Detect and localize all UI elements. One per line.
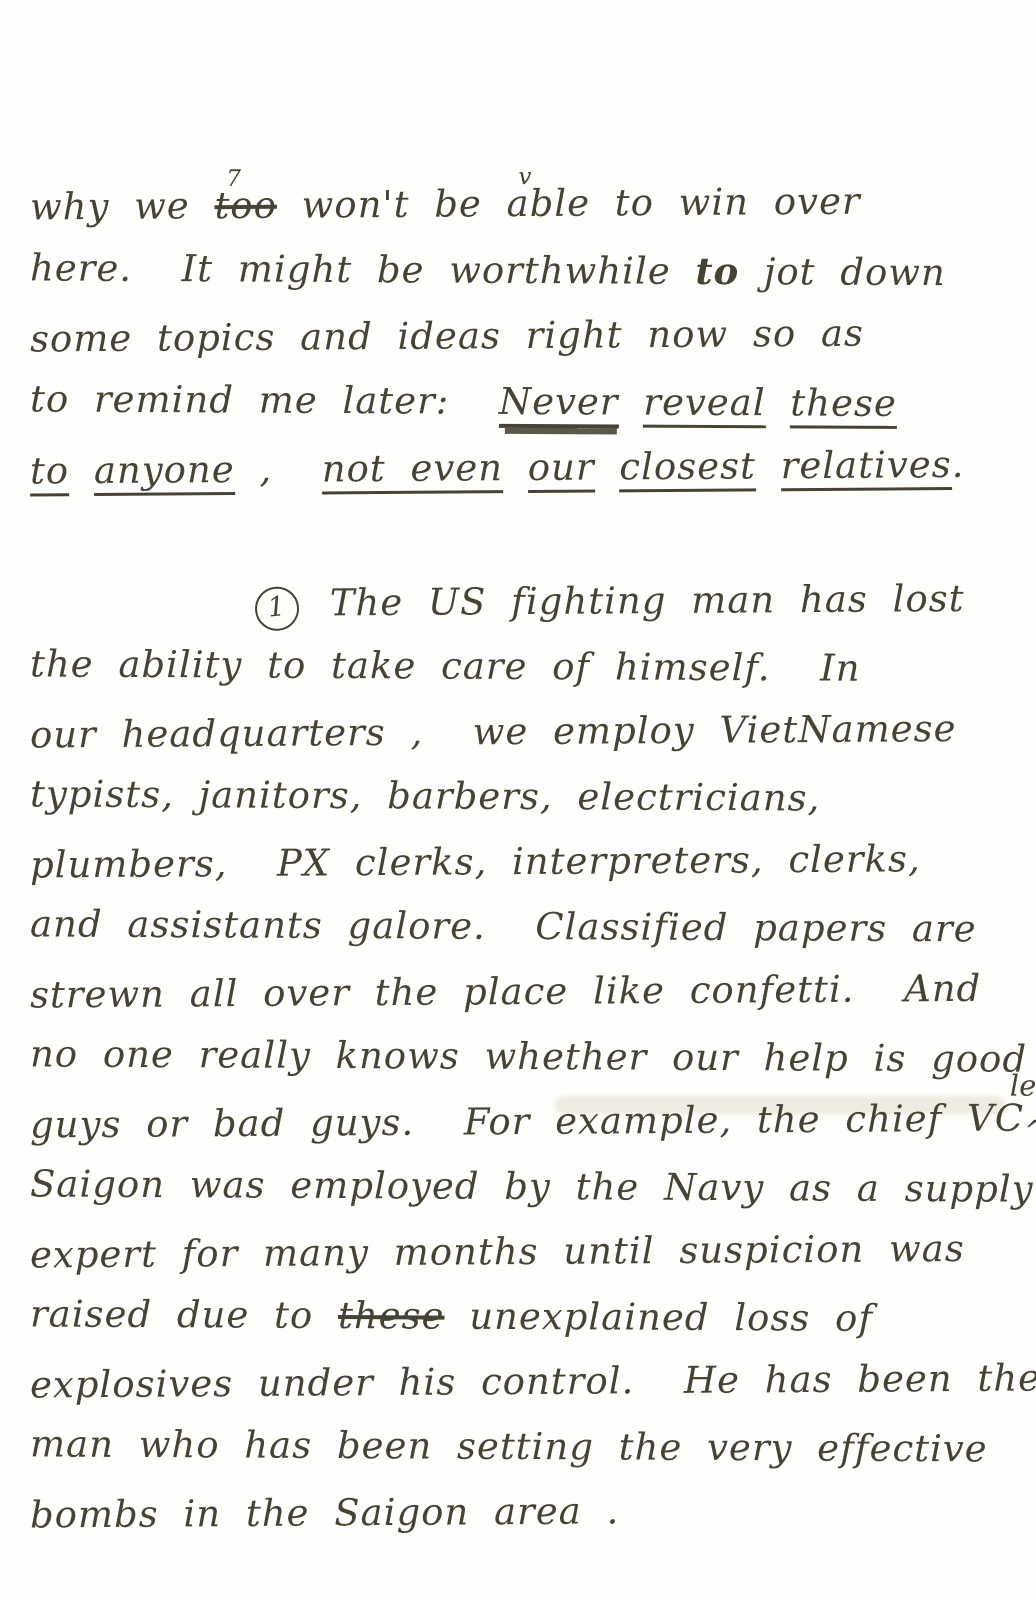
handwritten-line: why we 7too won't be vable to win over (30, 172, 1026, 245)
underlined-text: not even (322, 446, 504, 494)
text-segment (594, 445, 619, 488)
text-segment: jot down (739, 250, 946, 294)
bold-text: to (695, 249, 739, 293)
handwritten-text: why we 7too won't be vable to win overhe… (30, 175, 1026, 1548)
text-segment: the ability to take care of himself. In (30, 642, 861, 689)
handwritten-line: guys or bad guys. For example, the chief… (30, 1090, 1026, 1162)
text-segment: to remind me later: (30, 377, 499, 422)
text-segment: no one really knows whether our help is … (30, 1032, 1027, 1080)
text-segment: guys or bad guys. For example, the chief… (30, 1097, 1024, 1147)
handwritten-line: Saigon was employed by the Navy as a sup… (30, 1155, 1026, 1225)
handwritten-line: expert for many months until suspicion w… (30, 1220, 1026, 1292)
text-segment (503, 446, 528, 489)
underlined-text: these (790, 381, 897, 429)
handwritten-line: bombs in the Saigon area . (30, 1480, 1026, 1552)
text-segment: explosives under his control. He has bee… (30, 1356, 1036, 1406)
text-segment: plumbers, PX clerks, interpreters, clerk… (30, 837, 921, 886)
text-segment: . (951, 443, 964, 486)
handwritten-line: explosives under his control. He has bee… (30, 1350, 1026, 1422)
handwritten-line: here. It might be worthwhile to jot down (30, 238, 1026, 309)
underlined-text-heavy: Never (499, 380, 619, 429)
text-segment: unexplained loss of (444, 1295, 873, 1340)
paragraph-point-one: 1 The US fighting man has lostthe abilit… (30, 573, 1026, 1548)
text-segment (69, 449, 94, 492)
handwritten-line: some topics and ideas right now so as (30, 304, 1026, 377)
text-segment (765, 381, 790, 424)
underlined-text: anyone (94, 448, 235, 496)
handwritten-line: our headquarters , we employ VietNamese (30, 700, 1026, 772)
text-segment: man who has been setting the very effect… (30, 1422, 988, 1470)
handwritten-line: strewn all over the place like confetti.… (30, 960, 1026, 1032)
insertion-caret: ^ (1024, 1102, 1036, 1160)
text-segment: bombs in the Saigon area . (30, 1489, 620, 1536)
strikethrough-text: too (214, 184, 277, 227)
letter-page: why we 7too won't be vable to win overhe… (0, 0, 1036, 1600)
text-segment: won't be (277, 182, 507, 227)
handwritten-line: to remind me later: Never reveal these (30, 370, 1026, 441)
handwritten-line: to anyone , not even our closest relativ… (30, 436, 1026, 509)
underlined-text: reveal (643, 381, 766, 429)
text-segment: Saigon was employed by the Navy as a sup… (30, 1162, 1034, 1210)
paragraph-intro: why we 7too won't be vable to win overhe… (30, 175, 1026, 505)
text-segment: typists, janitors, barbers, electricians… (30, 772, 821, 819)
underlined-text: to (30, 449, 69, 496)
handwritten-line: raised due to these unexplained loss of (30, 1285, 1026, 1355)
text-segment: strewn all over the place like confetti.… (30, 967, 982, 1017)
underlined-text: relatives (781, 443, 952, 491)
text-segment: our headquarters , we employ VietNamese (30, 707, 957, 756)
handwritten-line: and assistants galore. Classified papers… (30, 895, 1026, 965)
handwritten-line: man who has been setting the very effect… (30, 1415, 1026, 1485)
handwritten-line: 1 The US fighting man has lost (30, 570, 1026, 642)
circled-number-1: 1 (253, 584, 302, 633)
handwritten-line: the ability to take care of himself. In (30, 635, 1026, 705)
text-segment: here. It might be worthwhile (30, 246, 696, 292)
text-segment (618, 380, 643, 423)
handwritten-line: no one really knows whether our help is … (30, 1025, 1026, 1095)
text-segment: some topics and ideas right now so as (30, 312, 864, 361)
text-segment: raised due to (30, 1292, 338, 1337)
text-segment: able to win over (506, 180, 860, 225)
underlined-text: closest (619, 444, 756, 492)
text-segment: , (235, 447, 322, 491)
handwritten-line: plumbers, PX clerks, interpreters, clerk… (30, 830, 1026, 902)
text-segment (756, 444, 781, 487)
text-segment: and assistants galore. Classified papers… (30, 902, 977, 950)
underlined-text: our (528, 446, 595, 493)
text-segment: The US fighting man has lost (305, 577, 965, 625)
scribbled-out-word: these (338, 1294, 445, 1338)
text-segment: why we (30, 184, 215, 228)
text-segment: expert for many months until suspicion w… (30, 1227, 965, 1277)
handwritten-line: typists, janitors, barbers, electricians… (30, 765, 1026, 835)
